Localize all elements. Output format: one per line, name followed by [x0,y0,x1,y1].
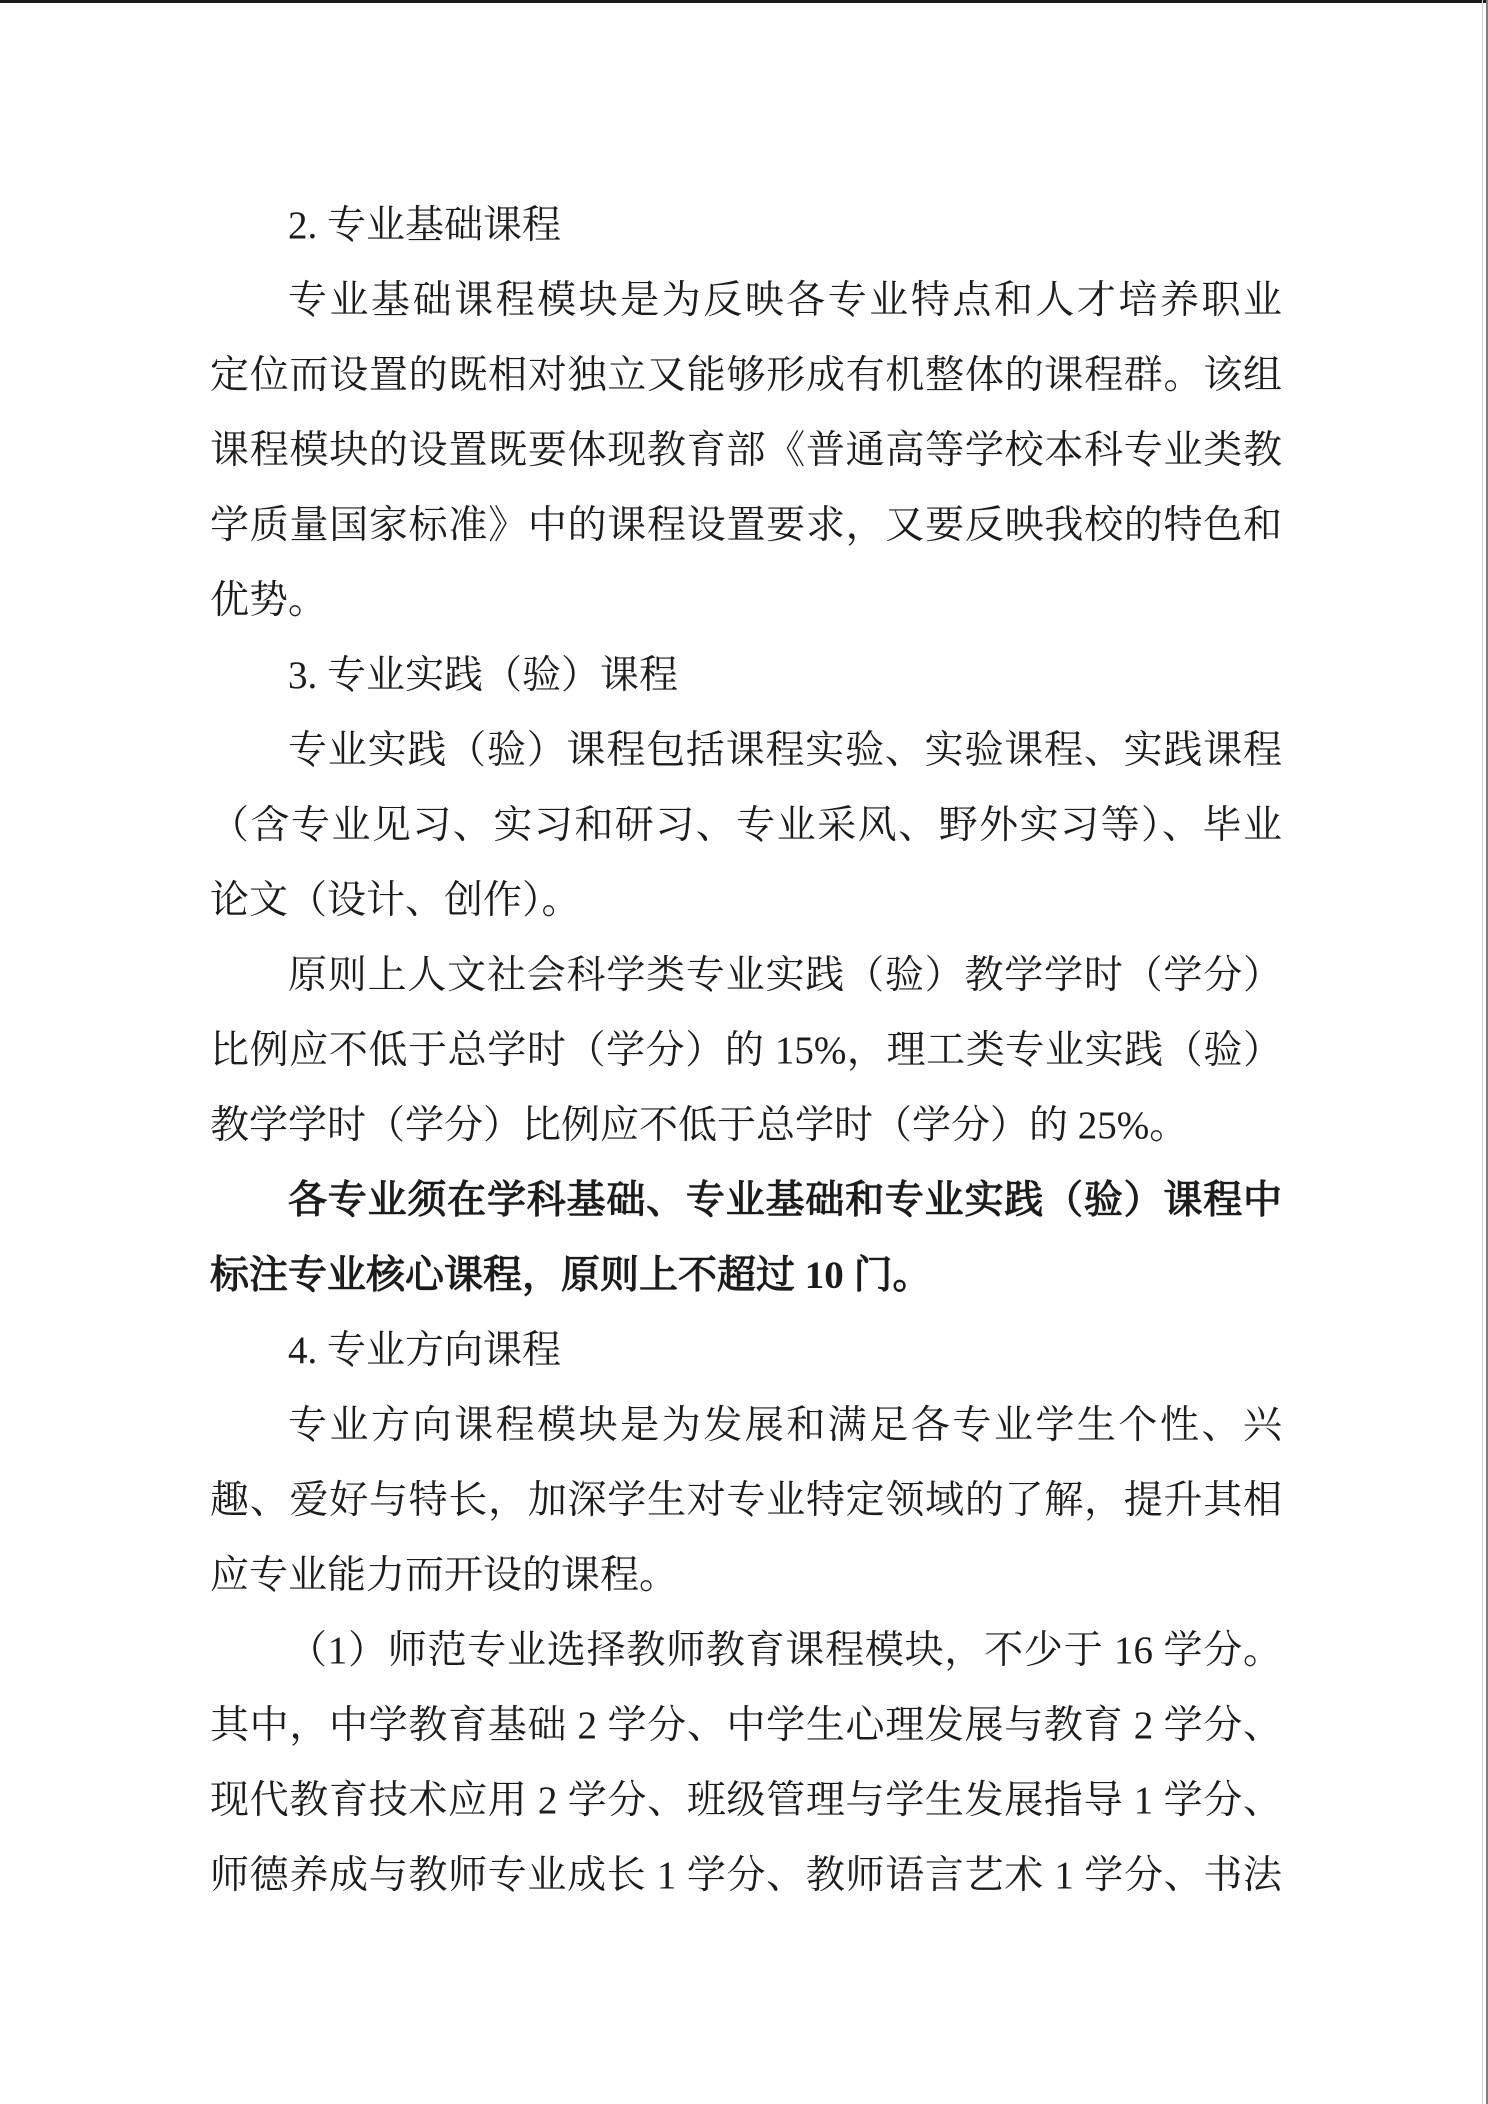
text-line: 原则上人文社会科学类专业实践（验）教学学时（学分） [210,938,1282,1013]
text-line: 专业实践（验）课程包括课程实验、实验课程、实践课程 [210,713,1282,788]
text-line: 标注专业核心课程，原则上不超过 10 门。 [210,1238,1282,1313]
text-line: 教学学时（学分）比例应不低于总学时（学分）的 25%。 [210,1088,1282,1163]
document-content: 2. 专业基础课程专业基础课程模块是为反映各专业特点和人才培养职业定位而设置的既… [210,188,1282,1913]
text-line: 课程模块的设置既要体现教育部《普通高等学校本科专业类教 [210,413,1282,488]
text-line: 优势。 [210,563,1282,638]
text-line: 应专业能力而开设的课程。 [210,1538,1282,1613]
page-right-edge-faint [1482,0,1483,2104]
text-line: （含专业见习、实习和研习、专业采风、野外实习等）、毕业 [210,788,1282,863]
text-line: 论文（设计、创作）。 [210,863,1282,938]
text-line: 其中，中学教育基础 2 学分、中学生心理发展与教育 2 学分、 [210,1688,1282,1763]
text-line: 2. 专业基础课程 [210,188,1282,263]
text-line: 3. 专业实践（验）课程 [210,638,1282,713]
text-line: 趣、爱好与特长，加深学生对专业特定领域的了解，提升其相 [210,1463,1282,1538]
text-line: 现代教育技术应用 2 学分、班级管理与学生发展指导 1 学分、 [210,1763,1282,1838]
text-line: 4. 专业方向课程 [210,1313,1282,1388]
document-page: 2. 专业基础课程专业基础课程模块是为反映各专业特点和人才培养职业定位而设置的既… [0,0,1488,2104]
text-line: 专业方向课程模块是为发展和满足各专业学生个性、兴 [210,1388,1282,1463]
text-line: 比例应不低于总学时（学分）的 15%，理工类专业实践（验） [210,1013,1282,1088]
text-line: 定位而设置的既相对独立又能够形成有机整体的课程群。该组 [210,338,1282,413]
text-line: 专业基础课程模块是为反映各专业特点和人才培养职业 [210,263,1282,338]
text-line: 学质量国家标准》中的课程设置要求，又要反映我校的特色和 [210,488,1282,563]
text-line: 师德养成与教师专业成长 1 学分、教师语言艺术 1 学分、书法 [210,1838,1282,1913]
text-line: 各专业须在学科基础、专业基础和专业实践（验）课程中 [210,1163,1282,1238]
text-line: （1）师范专业选择教师教育课程模块，不少于 16 学分。 [210,1613,1282,1688]
page-top-edge [0,0,1488,3]
